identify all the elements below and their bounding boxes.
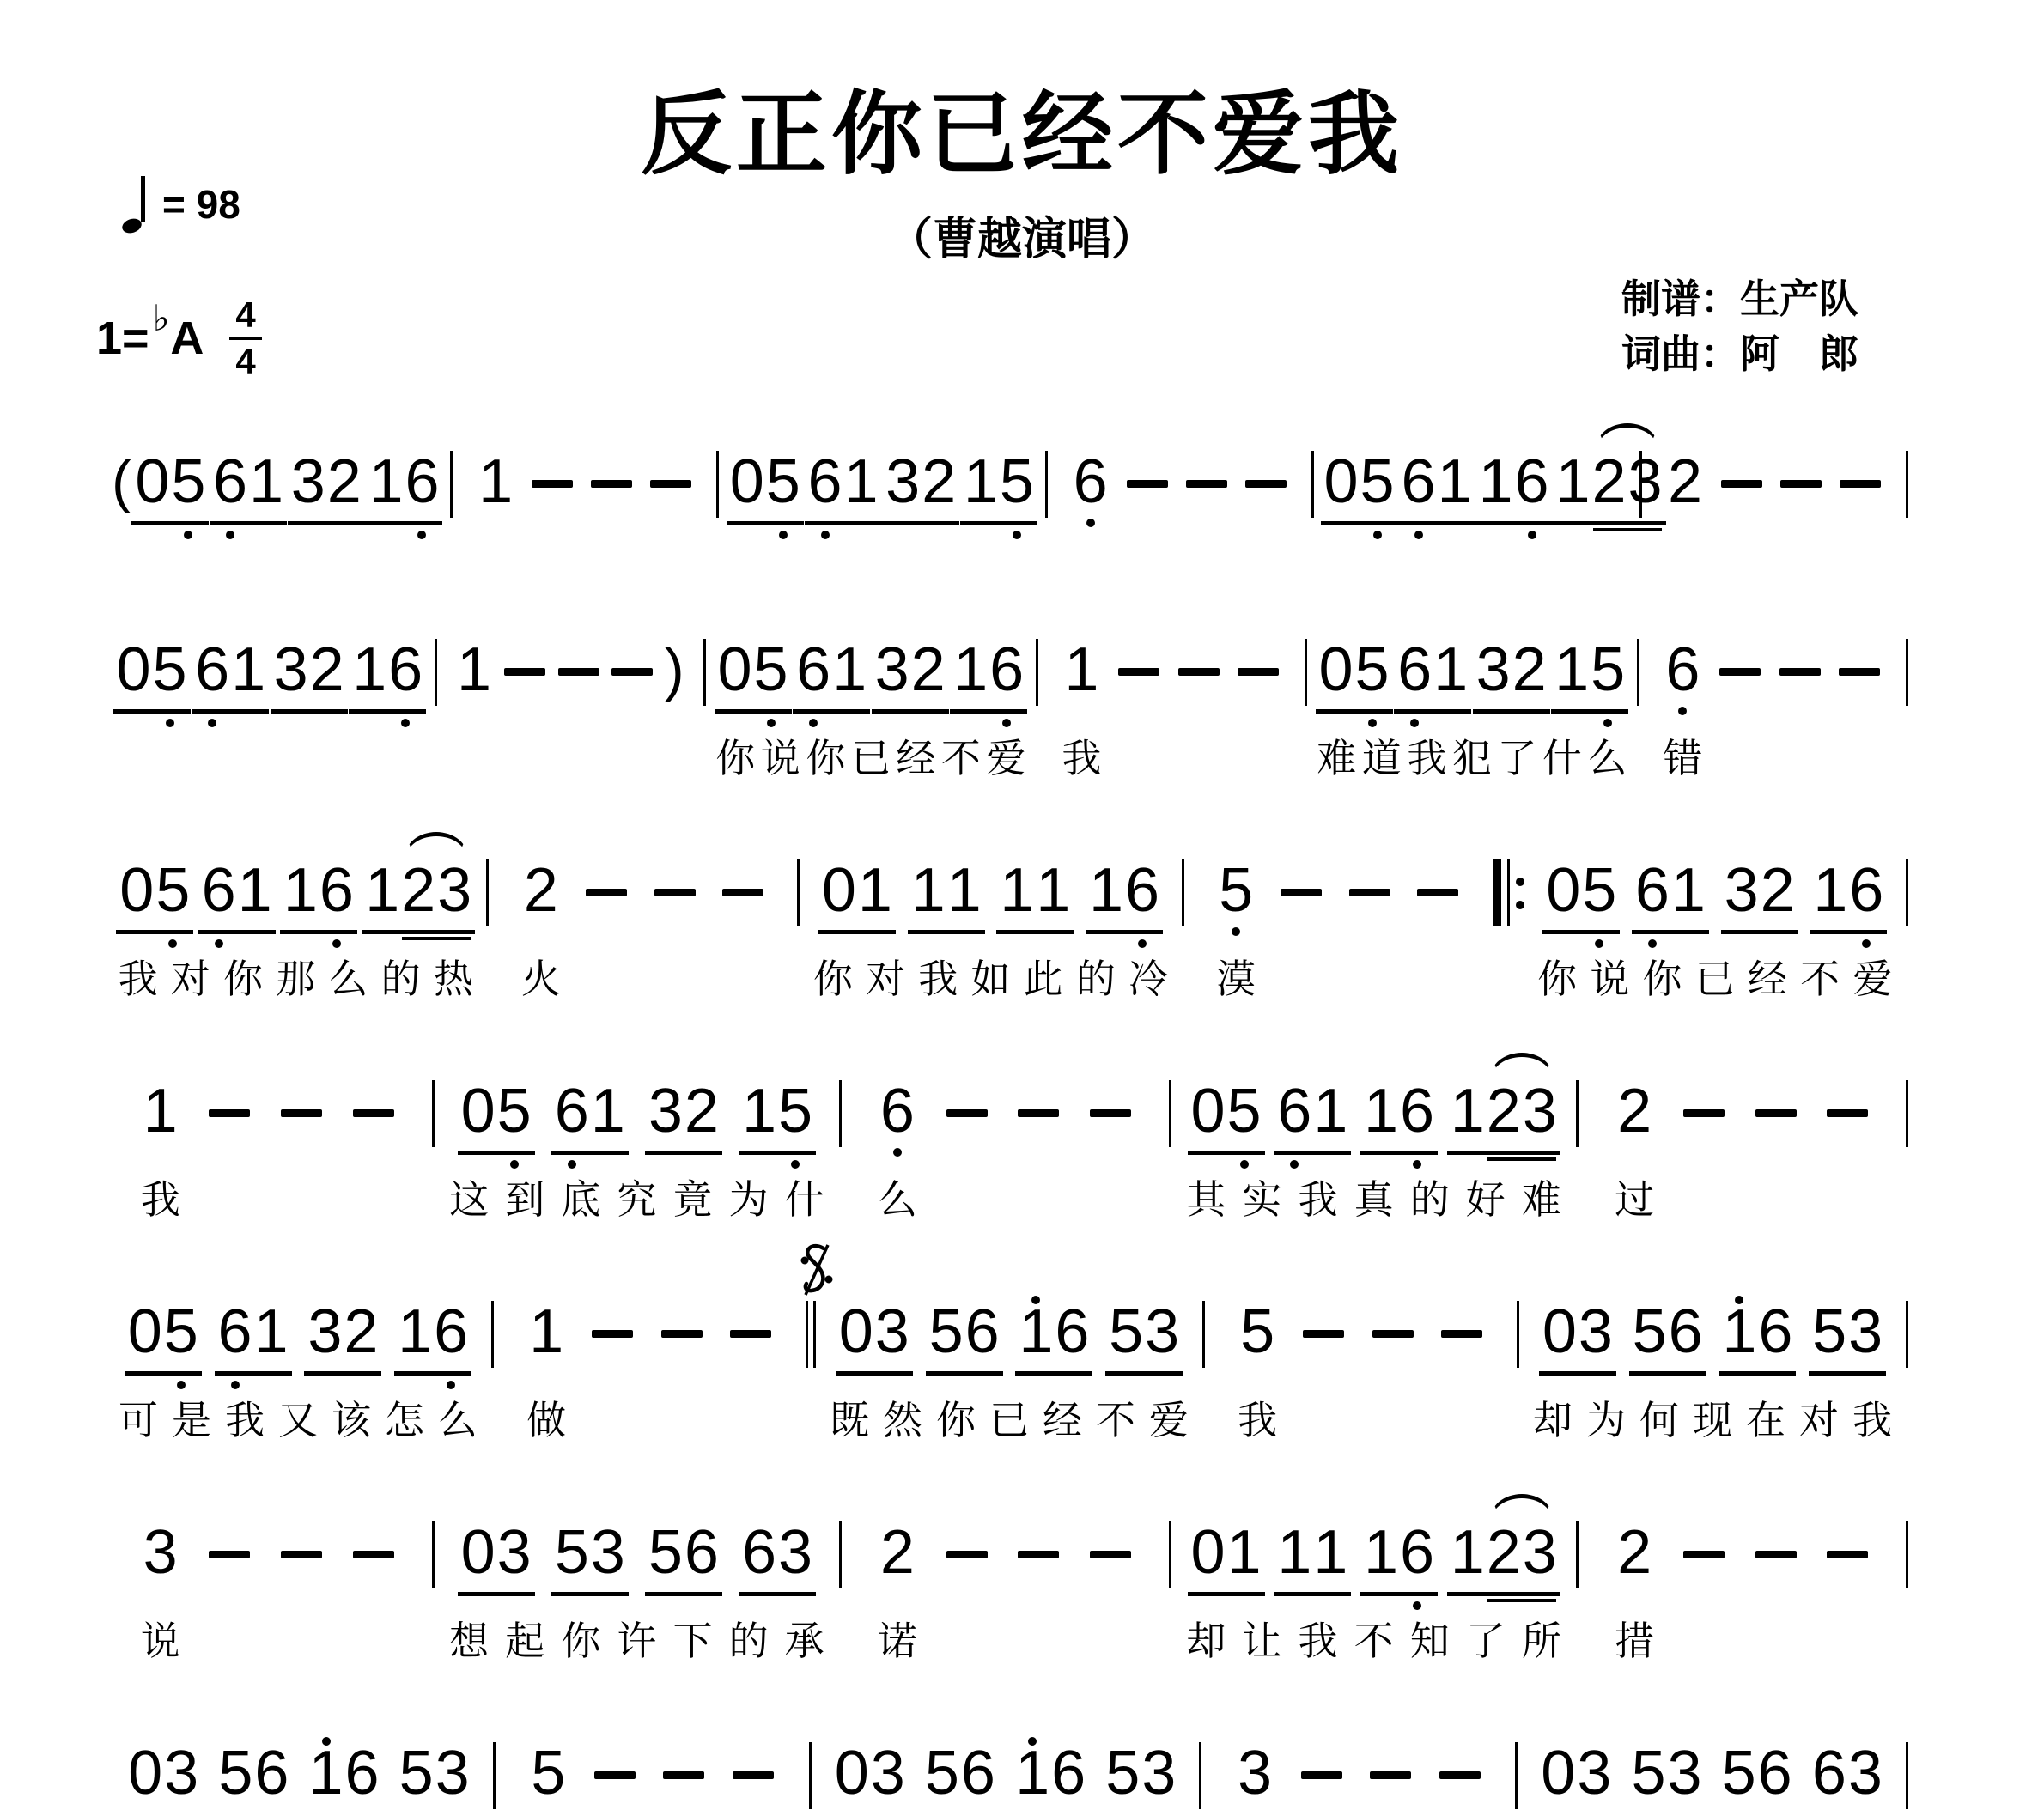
- note: 1: [1433, 639, 1469, 701]
- note: 0: [460, 1521, 496, 1583]
- note: 1: [1721, 1301, 1757, 1363]
- octave-dot-below: [767, 719, 776, 727]
- held-note-dash: [1441, 1330, 1482, 1338]
- note: 6: [1399, 1080, 1435, 1142]
- lyric-char: 你: [715, 727, 755, 784]
- beam-group: 123: [362, 859, 475, 934]
- lyric-char: 了: [1466, 1610, 1506, 1667]
- lyric-held-syllable: 做: [512, 1389, 581, 1446]
- note: 2: [910, 639, 946, 701]
- held-note-dash: [594, 1771, 636, 1779]
- score-line: 03561653503561653303535663: [112, 1742, 1915, 1810]
- held-note-dash: [558, 668, 599, 676]
- note: 3: [648, 1080, 684, 1142]
- note: 0: [1190, 1080, 1226, 1142]
- held-note-dash: [1018, 1551, 1059, 1558]
- octave-dot-below: [568, 1160, 576, 1169]
- beam-group: 53: [396, 1742, 473, 1810]
- note: 0: [1318, 639, 1354, 701]
- lyric-char: 知: [1410, 1610, 1450, 1667]
- beam-group: 16: [1015, 1301, 1092, 1376]
- note: 1: [1226, 1521, 1262, 1583]
- repeat-start-barline: [1493, 859, 1524, 926]
- octave-dot-below: [1368, 719, 1377, 727]
- measure: 1: [1045, 639, 1298, 701]
- beamed-sixteenth-pair: 23: [400, 859, 472, 921]
- barline: [1036, 639, 1038, 706]
- notation-row: (0561321610561321560561161232: [112, 451, 1915, 525]
- note: 6: [1276, 1080, 1312, 1142]
- barline: [1906, 451, 1908, 518]
- note: 2: [1616, 1080, 1652, 1142]
- measure: 2: [1585, 1521, 1899, 1583]
- barline: [491, 1301, 494, 1368]
- measure: 2: [849, 1521, 1162, 1583]
- tempo-marking: = 98: [122, 176, 240, 233]
- beam-group: 16: [950, 639, 1027, 714]
- note: 1: [478, 451, 514, 513]
- note: 3: [1578, 1301, 1614, 1363]
- held-note-dash: [1303, 1330, 1344, 1338]
- barline: [1182, 859, 1184, 926]
- held-note-dash: [1417, 889, 1458, 896]
- note: 1: [831, 639, 867, 701]
- lyric-char: 什: [1542, 727, 1582, 784]
- measure: 03535663: [1524, 1742, 1899, 1810]
- beam-group: 56: [215, 1742, 292, 1810]
- barline: [435, 639, 437, 706]
- note: 3: [1144, 1301, 1180, 1363]
- note: 5: [1226, 1080, 1262, 1142]
- note: 1: [1450, 1080, 1486, 1142]
- lyric-held-syllable: 我: [1223, 1389, 1292, 1446]
- lyric-phrase: 却为何现在对我: [1526, 1389, 1899, 1446]
- note: 6: [319, 859, 355, 921]
- octave-dot-below: [1414, 531, 1423, 539]
- performer-subtitle: （曹越演唱）: [0, 203, 2044, 267]
- beam-group: 16: [365, 451, 442, 525]
- beam-group: 15: [960, 451, 1037, 525]
- note: 5: [1632, 1301, 1668, 1363]
- octave-dot-below: [226, 531, 234, 539]
- lyric-char: 是: [172, 1389, 211, 1446]
- lyric-phrase: 你对我如此的冷: [806, 948, 1174, 1005]
- lyric-char: 对: [866, 948, 905, 1005]
- lyrics-row: 说想起你许下的承诺却让我不知了所措: [112, 1610, 1915, 1663]
- note: 6: [1050, 1742, 1086, 1804]
- lyric-char: 让: [1242, 1610, 1281, 1667]
- note: 1: [1554, 639, 1590, 701]
- beam-group: 11: [996, 859, 1074, 934]
- note: 6: [433, 1301, 469, 1363]
- tie-arc: [1490, 1494, 1554, 1520]
- octave-dot-below: [1413, 1160, 1421, 1169]
- octave-dot-above: [322, 1737, 331, 1746]
- barline: [1515, 1742, 1518, 1809]
- note: 1: [1437, 451, 1473, 513]
- note: 0: [127, 1742, 163, 1804]
- note: 1: [1088, 859, 1124, 921]
- barline: [1906, 1521, 1908, 1588]
- note: 5: [1108, 1301, 1144, 1363]
- note: 2: [879, 1521, 916, 1583]
- beam-group: 61: [1274, 1080, 1351, 1155]
- note: 5: [1631, 1742, 1667, 1804]
- beam-group: 05: [1188, 1080, 1265, 1155]
- octave-dot-below: [1603, 719, 1612, 727]
- barline: [1045, 451, 1048, 518]
- tie-arc: [1596, 423, 1659, 449]
- note: 3: [1576, 1742, 1612, 1804]
- lyric-char: 爱: [1852, 948, 1892, 1005]
- lyric-phrase: 你说你已经不爱: [713, 727, 1029, 784]
- flat-icon: ♭: [153, 297, 170, 339]
- measure: 03561653: [112, 1742, 486, 1810]
- note: 2: [309, 639, 345, 701]
- lyric-char: 可: [119, 1389, 158, 1446]
- note: 5: [217, 1742, 253, 1804]
- lyric-char: 何: [1639, 1389, 1679, 1446]
- beam-group: 32: [872, 639, 949, 714]
- held-note-dash: [1839, 668, 1880, 676]
- key-prefix: 1=: [96, 312, 149, 365]
- lyric-char: 真: [1354, 1169, 1394, 1225]
- note: 2: [684, 1080, 720, 1142]
- beamed-sixteenth-pair: 23: [1486, 1521, 1558, 1583]
- lyric-char: 道: [1362, 727, 1402, 784]
- note: 5: [152, 639, 188, 701]
- beam-group: 56: [1629, 1301, 1706, 1376]
- beam-group: 05: [1316, 639, 1393, 714]
- held-note-dash: [1090, 1551, 1131, 1558]
- lyrics-row: 我对你那么的热火你对我如此的冷漠你说你已经不爱: [112, 948, 1915, 1001]
- note: 6: [960, 1742, 996, 1804]
- lyric-char: 我: [1299, 1610, 1338, 1667]
- lyric-phrase: 难道我犯了什么: [1314, 727, 1630, 784]
- lyric-phrase: 想起你许下的承: [441, 1610, 833, 1667]
- note: 6: [201, 859, 237, 921]
- beam-group: 05: [1321, 451, 1398, 525]
- note: 3: [1522, 1521, 1558, 1583]
- note: 5: [924, 1742, 960, 1804]
- note: 2: [400, 859, 436, 921]
- credits-block: 制谱：生产队 词曲：阿 郎: [1621, 271, 1858, 382]
- note: 1: [230, 639, 266, 701]
- beam-group: 53: [1102, 1742, 1179, 1810]
- barline: [1906, 639, 1908, 706]
- measure: 05613215: [726, 451, 1038, 525]
- measure: 1: [112, 1080, 425, 1142]
- barline: [797, 859, 800, 926]
- octave-dot-below: [791, 1160, 800, 1169]
- note: 2: [523, 859, 559, 921]
- segno-barline: [806, 1301, 816, 1368]
- note: 3: [307, 1301, 343, 1363]
- beam-group: 15: [1551, 639, 1628, 714]
- held-note-dash: [1018, 1109, 1059, 1117]
- measure: 03535663: [441, 1521, 833, 1596]
- beam-group: 63: [1809, 1742, 1886, 1810]
- measure: 1): [444, 639, 697, 701]
- note: 1: [1035, 859, 1071, 921]
- octave-dot-below: [1086, 519, 1095, 527]
- held-note-dash: [592, 1330, 633, 1338]
- barline: [486, 859, 489, 926]
- note: 5: [765, 451, 801, 513]
- barline: [1305, 639, 1307, 706]
- held-note-dash: [1780, 480, 1822, 488]
- beam-group: 05: [727, 451, 804, 525]
- beam-group: 01: [818, 859, 896, 934]
- lyric-char: 你: [813, 948, 853, 1005]
- lyric-char: 已: [851, 727, 891, 784]
- note: 3: [496, 1521, 532, 1583]
- held-note-dash: [1721, 480, 1762, 488]
- open-paren: (: [112, 451, 131, 513]
- lyric-held-syllable: 诺: [863, 1610, 932, 1667]
- lyric-char: 却: [1186, 1610, 1226, 1667]
- octave-dot-below: [215, 939, 223, 948]
- time-signature-numerator: 4: [229, 296, 261, 340]
- note: 6: [1073, 451, 1109, 513]
- note: 3: [1522, 1080, 1558, 1142]
- credit-composer: 词曲：阿 郎: [1621, 326, 1858, 381]
- credit-arranger: 制谱：生产队: [1621, 271, 1858, 326]
- note: 5: [777, 1080, 813, 1142]
- lyric-char: 该: [332, 1389, 371, 1446]
- note: 1: [1312, 1521, 1348, 1583]
- notation-row: 05613216103561653503561653: [112, 1301, 1915, 1376]
- beam-group: 32: [882, 451, 959, 525]
- beam-group: 16: [1719, 1301, 1796, 1376]
- note: 3: [874, 1301, 910, 1363]
- beam-group: 61: [215, 1301, 292, 1376]
- note: 1: [1812, 859, 1848, 921]
- octave-dot-below: [1678, 707, 1687, 715]
- note: 2: [1486, 1080, 1522, 1142]
- notation-row: 056132161)056132161056132156: [112, 639, 1915, 714]
- beam-group: 16: [1810, 859, 1887, 934]
- beam-group: 16: [1086, 859, 1163, 934]
- note: 1: [1363, 1521, 1399, 1583]
- beam-group: 16: [1012, 1742, 1089, 1810]
- time-signature-denominator: 4: [229, 340, 261, 380]
- beam-group: 05: [458, 1080, 535, 1155]
- note: 0: [1542, 1301, 1578, 1363]
- lyric-char: 冷: [1128, 948, 1168, 1005]
- quarter-note-icon: [122, 176, 145, 233]
- note: 6: [1634, 859, 1670, 921]
- barline: [1906, 1080, 1908, 1147]
- tie-arc: [405, 832, 468, 858]
- lyric-held-syllable: 说: [126, 1610, 195, 1667]
- measure: 3: [1208, 1742, 1508, 1804]
- note: 6: [1668, 1301, 1704, 1363]
- lyric-char: 我: [225, 1389, 265, 1446]
- beam-group: 16: [1475, 451, 1553, 525]
- lyric-char: 什: [785, 1169, 824, 1225]
- key-letter: A: [170, 312, 204, 365]
- note: 0: [834, 1742, 870, 1804]
- note: 3: [1237, 1742, 1273, 1804]
- barline: [432, 1080, 435, 1147]
- beam-group: 03: [1537, 1742, 1615, 1810]
- lyrics-row: 我这到底究竟为什么其实我真的好难过: [112, 1169, 1915, 1222]
- beam-group: 32: [271, 639, 348, 714]
- octave-dot-below: [168, 939, 177, 948]
- measure: 05613215: [1314, 639, 1630, 714]
- score-line: 30353566320111161232说想起你许下的承诺却让我不知了所措: [112, 1521, 1915, 1663]
- octave-dot-below: [1002, 719, 1011, 727]
- note: 0: [119, 859, 155, 921]
- held-note-dash: [1840, 480, 1881, 488]
- held-note-dash: [1779, 668, 1821, 676]
- measure: 05613216: [112, 1301, 484, 1376]
- held-note-dash: [281, 1109, 322, 1117]
- held-note-dash: [1683, 1109, 1725, 1117]
- lyric-held-syllable: 错: [1648, 727, 1717, 784]
- lyric-char: 对: [171, 948, 210, 1005]
- lyric-char: 然: [883, 1389, 922, 1446]
- lyric-char: 所: [1522, 1610, 1561, 1667]
- note: 2: [1486, 1521, 1522, 1583]
- beam-group: 63: [739, 1521, 816, 1596]
- note: 5: [1354, 639, 1390, 701]
- octave-dot-below: [1232, 927, 1240, 936]
- note: 1: [1478, 451, 1514, 513]
- lyric-char: 你: [806, 727, 845, 784]
- held-note-dash: [654, 889, 696, 896]
- lyric-char: 为: [729, 1169, 769, 1225]
- note: 1: [1363, 1080, 1399, 1142]
- barline: [493, 1742, 496, 1809]
- measure: 05613216: [1531, 859, 1899, 934]
- beam-group: 03: [125, 1742, 202, 1810]
- octave-dot-below: [401, 719, 410, 727]
- held-note-dash: [1178, 668, 1220, 676]
- measure: 03561653: [1526, 1301, 1899, 1376]
- note: 5: [928, 1301, 964, 1363]
- held-note-dash: [209, 1551, 250, 1558]
- note: 5: [1218, 859, 1254, 921]
- barline: [839, 1080, 842, 1147]
- note: 6: [1054, 1301, 1090, 1363]
- note: 5: [1590, 639, 1626, 701]
- note: 5: [554, 1521, 590, 1583]
- measure: 05613216: [112, 639, 428, 714]
- octave-dot-above: [1735, 1296, 1743, 1304]
- note: 5: [999, 451, 1035, 513]
- lyric-char: 到: [505, 1169, 544, 1225]
- note: 1: [1555, 451, 1591, 513]
- note: 1: [253, 1301, 289, 1363]
- note: 3: [435, 1742, 471, 1804]
- lyric-char: 现: [1693, 1389, 1732, 1446]
- measure: 056116123: [1321, 451, 1633, 525]
- octave-dot-below: [417, 531, 426, 539]
- beam-group: 61: [551, 1080, 629, 1155]
- held-note-dash: [1118, 668, 1159, 676]
- octave-dot-below: [1373, 531, 1382, 539]
- held-note-dash: [1281, 889, 1322, 896]
- lyric-char: 却: [1533, 1389, 1573, 1446]
- note: 1: [1018, 1301, 1054, 1363]
- note: 5: [170, 451, 206, 513]
- measure: 5: [1191, 859, 1486, 921]
- lyric-char: 已: [989, 1389, 1029, 1446]
- note: 6: [964, 1301, 1001, 1363]
- lyric-char: 么: [1587, 727, 1627, 784]
- note: 3: [1847, 1301, 1883, 1363]
- barline: [1199, 1742, 1201, 1809]
- beam-group: 61: [1394, 639, 1471, 714]
- measure: 2: [1585, 1080, 1899, 1142]
- note: 0: [821, 859, 857, 921]
- lyric-char: 实: [1242, 1169, 1281, 1225]
- lyric-char: 承: [785, 1610, 824, 1667]
- measure: 2: [496, 859, 790, 921]
- beamed-sixteenth-pair: 23: [1486, 1080, 1558, 1142]
- held-note-dash: [591, 480, 632, 488]
- note: 2: [1616, 1521, 1652, 1583]
- held-note-dash: [1827, 1109, 1868, 1117]
- note: 3: [1724, 859, 1760, 921]
- beam-group: 123: [1447, 1521, 1560, 1596]
- beam-group: 05: [125, 1301, 202, 1376]
- octave-dot-below: [1290, 1160, 1299, 1169]
- held-note-dash: [1301, 1771, 1342, 1779]
- barline: [432, 1521, 435, 1588]
- note: 1: [1276, 1521, 1312, 1583]
- segno-icon: [797, 1242, 836, 1297]
- held-note-dash: [730, 1330, 771, 1338]
- note: 3: [1847, 1742, 1883, 1804]
- lyric-char: 又: [278, 1389, 318, 1446]
- note: 3: [777, 1521, 813, 1583]
- note: 6: [344, 1742, 380, 1804]
- beam-group: 05: [715, 639, 792, 714]
- held-note-dash: [1755, 1109, 1797, 1117]
- barline: [1576, 1080, 1579, 1147]
- lyric-char: 么: [328, 948, 368, 1005]
- measure: 05613216: [713, 639, 1029, 714]
- note: 6: [1757, 1742, 1793, 1804]
- beam-group: 32: [645, 1080, 722, 1155]
- note: 5: [496, 1080, 532, 1142]
- beam-group: 05: [113, 639, 191, 714]
- note: 1: [1312, 1080, 1348, 1142]
- note: 2: [1667, 451, 1703, 513]
- lyric-char: 爱: [1149, 1389, 1189, 1446]
- measure: 1: [459, 451, 709, 513]
- note: 5: [1581, 859, 1617, 921]
- octave-dot-below: [1862, 939, 1871, 948]
- lyric-char: 难: [1317, 727, 1356, 784]
- measure: 6: [1055, 451, 1305, 513]
- beam-group: 16: [394, 1301, 471, 1376]
- lyric-char: 许: [617, 1610, 656, 1667]
- note: 1: [368, 451, 404, 513]
- measure: 011116123: [1178, 1521, 1570, 1596]
- held-note-dash: [1827, 1551, 1868, 1558]
- note: 1: [999, 859, 1035, 921]
- lyric-phrase: 可是我又该怎么: [112, 1389, 484, 1446]
- lyric-char: 难: [1522, 1169, 1561, 1225]
- lyric-char: 我: [1407, 727, 1446, 784]
- beam-group: 32: [1721, 859, 1798, 934]
- lyric-char: 已: [1695, 948, 1735, 1005]
- lyric-char: 我: [1852, 1389, 1892, 1446]
